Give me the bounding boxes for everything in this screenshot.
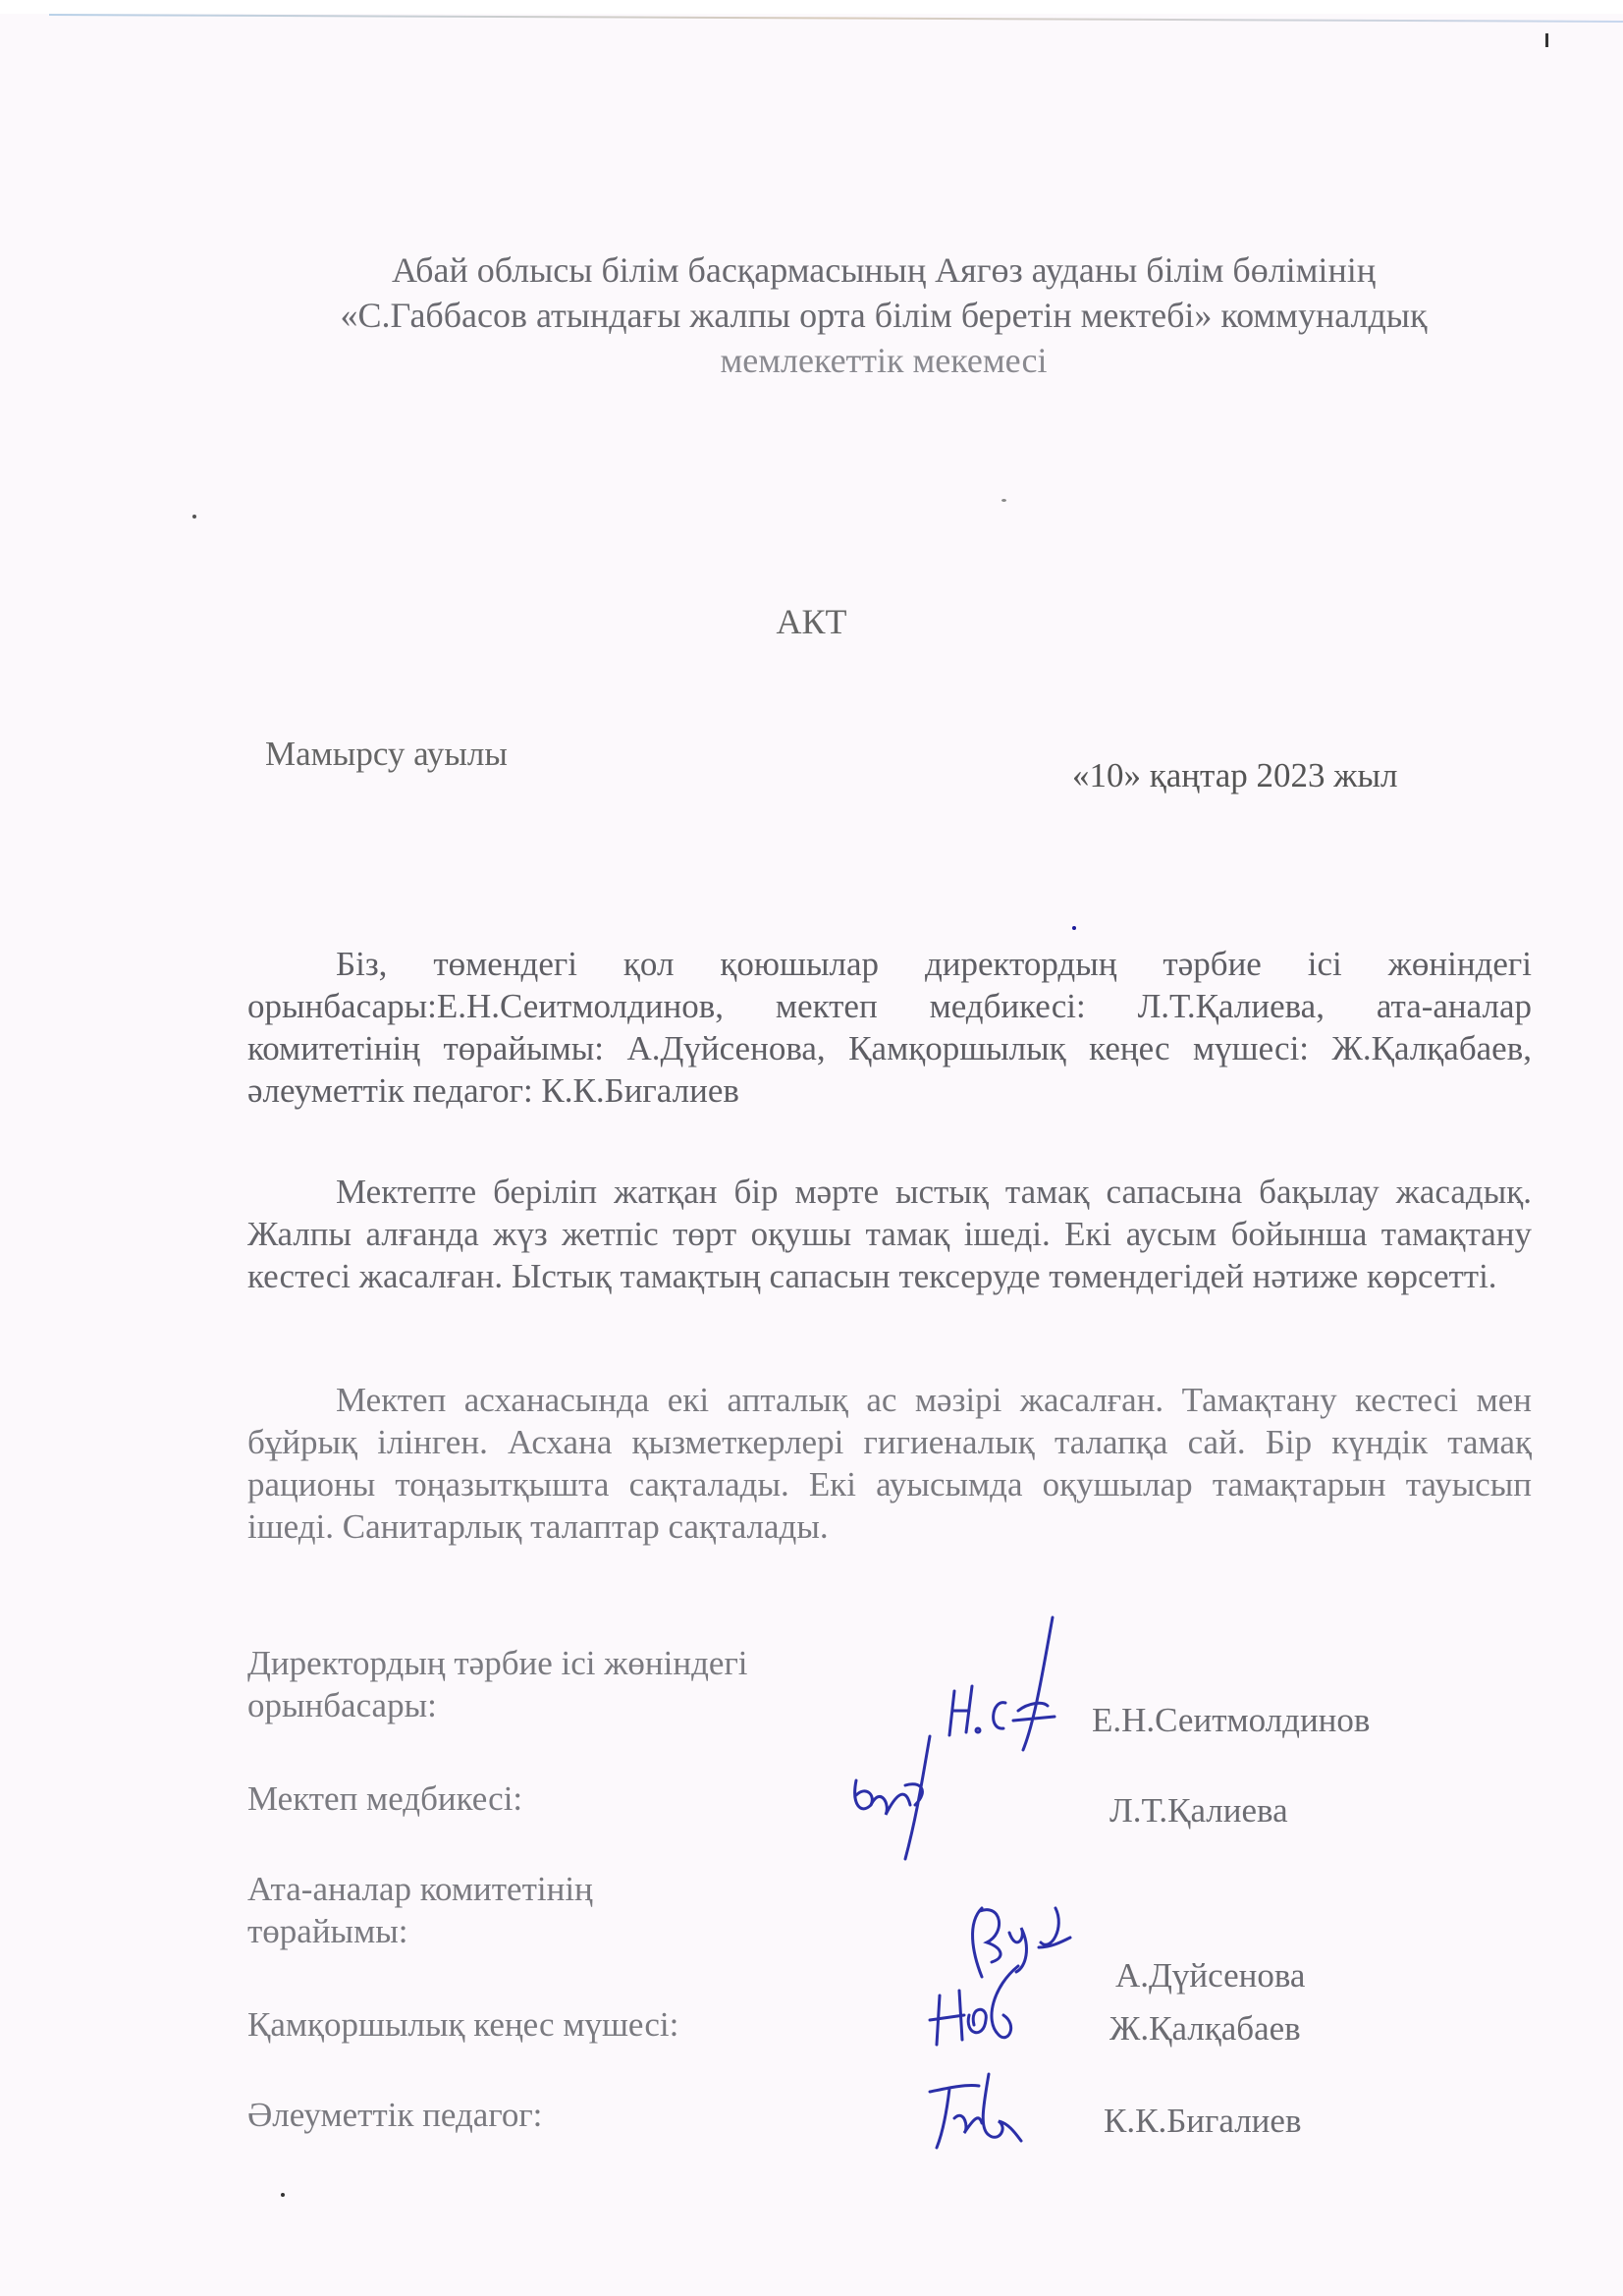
signature-icon xyxy=(925,1966,1033,2059)
scan-speck xyxy=(192,515,196,519)
page-top-edge xyxy=(49,14,1623,23)
institution-header: Абай облысы білім басқармасының Аягөз ау… xyxy=(245,247,1522,383)
signature-icon xyxy=(846,1736,954,1869)
signature-icon xyxy=(925,2074,1023,2158)
signer-name: Е.Н.Сеитмолдинов xyxy=(1092,1701,1370,1740)
scanned-page: Абай облысы білім басқармасының Аягөз ау… xyxy=(0,0,1623,2296)
scan-speck xyxy=(281,2193,285,2197)
scan-mark xyxy=(1545,33,1548,47)
signer-name: Л.Т.Қалиева xyxy=(1109,1791,1288,1831)
header-line-2: «С.Габбасов атындағы жалпы орта білім бе… xyxy=(245,293,1522,338)
signer-role: Директордың тәрбие ісі жөніндегі орынбас… xyxy=(247,1642,856,1726)
signer-role: Әлеуметтік педагог: xyxy=(247,2094,542,2136)
document-title: АКТ xyxy=(0,601,1623,642)
paragraph-findings: Мектеп асханасында екі апталық ас мәзірі… xyxy=(247,1379,1532,1548)
signature-icon xyxy=(945,1613,1062,1765)
scan-border xyxy=(0,0,1623,14)
signer-role: Қамқоршылық кеңес мүшесі: xyxy=(247,2003,678,2046)
paragraph-participants: Біз, төмендегі қол қоюшылар директордың … xyxy=(247,943,1532,1112)
header-line-3: мемлекеттік мекемесі xyxy=(245,338,1522,383)
ink-speck xyxy=(1072,926,1076,930)
header-line-1: Абай облысы білім басқармасының Аягөз ау… xyxy=(245,247,1522,293)
signer-name: А.Дүйсенова xyxy=(1115,1956,1305,1995)
signer-name: Ж.Қалқабаев xyxy=(1109,2009,1301,2049)
signer-role: Мектеп медбикесі: xyxy=(247,1777,522,1820)
signer-name: К.К.Бигалиев xyxy=(1104,2102,1301,2141)
paragraph-inspection: Мектепте беріліп жатқан бір мәрте ыстық … xyxy=(247,1171,1532,1297)
document-place: Мамырсу ауылы xyxy=(265,735,508,774)
scan-speck xyxy=(1001,499,1006,502)
document-date: «10» қаңтар 2023 жыл xyxy=(1072,756,1397,795)
signer-role: Ата-аналар комитетінің төрайымы: xyxy=(247,1868,679,1952)
